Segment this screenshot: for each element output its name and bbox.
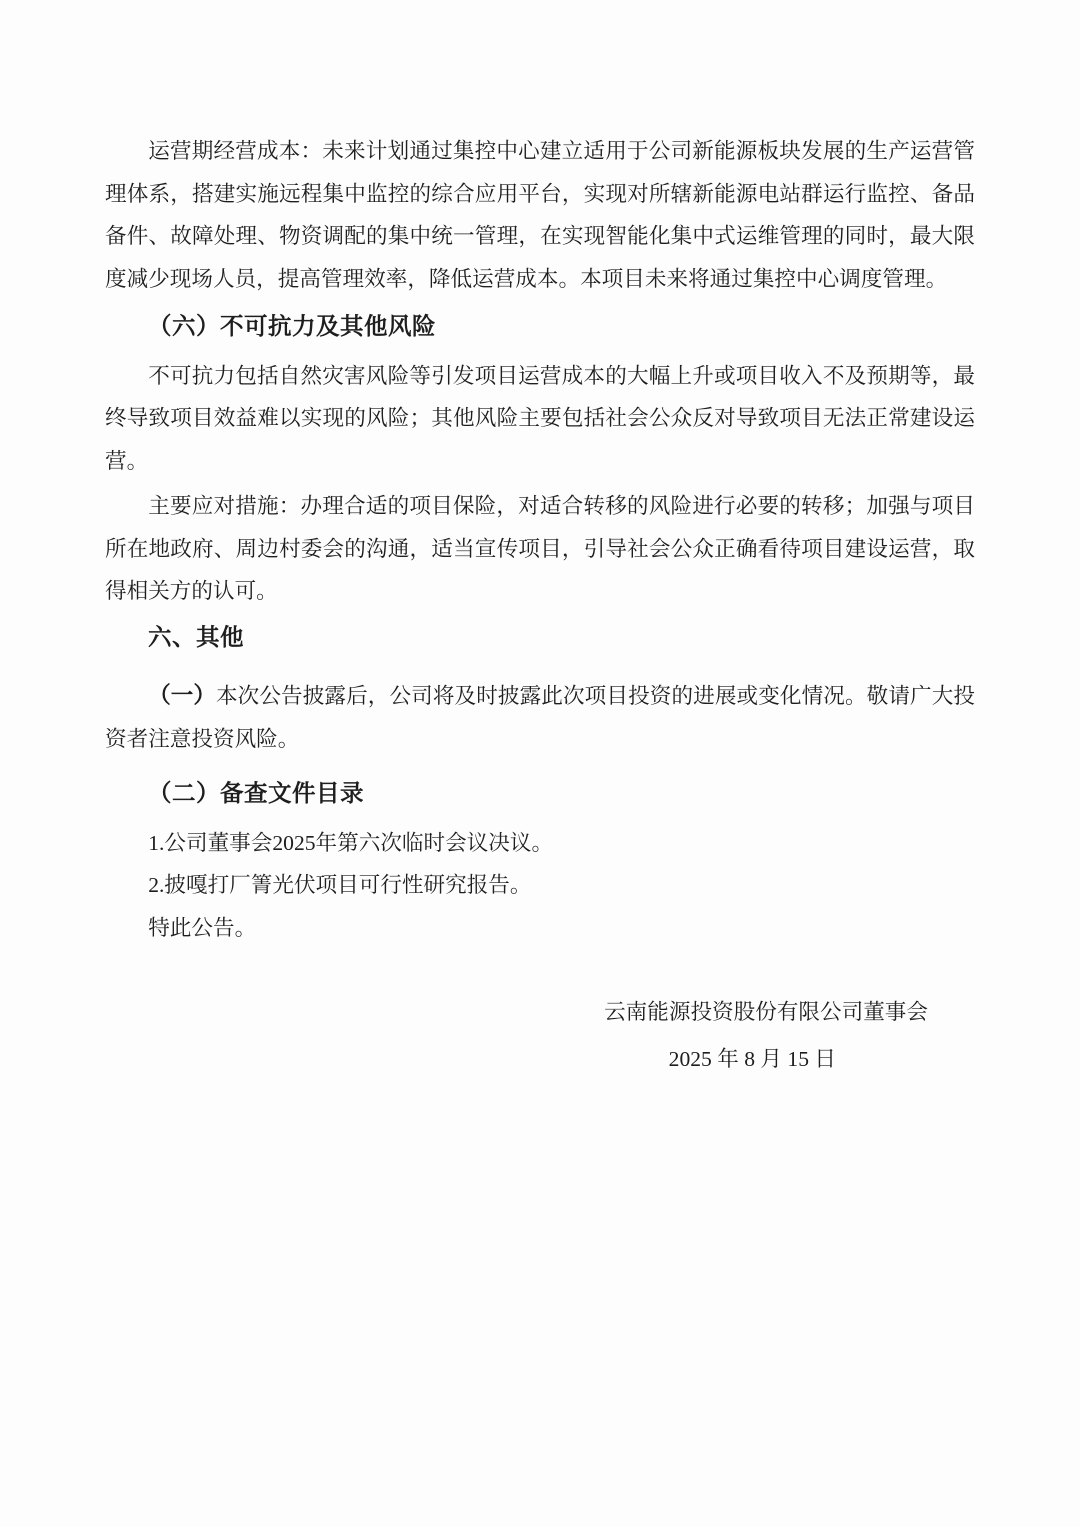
disclosure-number-prefix: （一） <box>148 683 216 708</box>
disclosure-text: 本次公告披露后，公司将及时披露此次项目投资的进展或变化情况。敬请广大投资者注意投… <box>105 684 975 751</box>
signature-date: 2025 年 8 月 15 日 <box>105 1036 975 1083</box>
announcement-content: 运营期经营成本：未来计划通过集控中心建立适用于公司新能源板块发展的生产运营管理体… <box>0 0 1080 1083</box>
closing-statement: 特此公告。 <box>105 907 975 950</box>
paragraph-force-majeure: 不可抗力包括自然灾害风险等引发项目运营成本的大幅上升或项目收入不及预期等，最终导… <box>105 355 975 483</box>
paragraph-operating-cost: 运营期经营成本：未来计划通过集控中心建立适用于公司新能源板块发展的生产运营管理体… <box>105 130 975 300</box>
paragraph-disclosure: （一）本次公告披露后，公司将及时披露此次项目投资的进展或变化情况。敬请广大投资者… <box>105 675 975 760</box>
heading-others: 六、其他 <box>105 616 975 659</box>
signature-block: 云南能源投资股份有限公司董事会 2025 年 8 月 15 日 <box>105 989 975 1083</box>
reference-doc-item-2: 2.披嘎打厂箐光伏项目可行性研究报告。 <box>105 864 975 907</box>
announcement-page: 运营期经营成本：未来计划通过集控中心建立适用于公司新能源板块发展的生产运营管理体… <box>0 0 1080 1527</box>
heading-force-majeure-risks: （六）不可抗力及其他风险 <box>105 305 975 348</box>
paragraph-countermeasures: 主要应对措施：办理合适的项目保险，对适合转移的风险进行必要的转移；加强与项目所在… <box>105 485 975 613</box>
signature-company: 云南能源投资股份有限公司董事会 <box>105 989 975 1036</box>
reference-doc-item-1: 1.公司董事会2025年第六次临时会议决议。 <box>105 822 975 865</box>
heading-reference-docs: （二）备查文件目录 <box>105 772 975 815</box>
